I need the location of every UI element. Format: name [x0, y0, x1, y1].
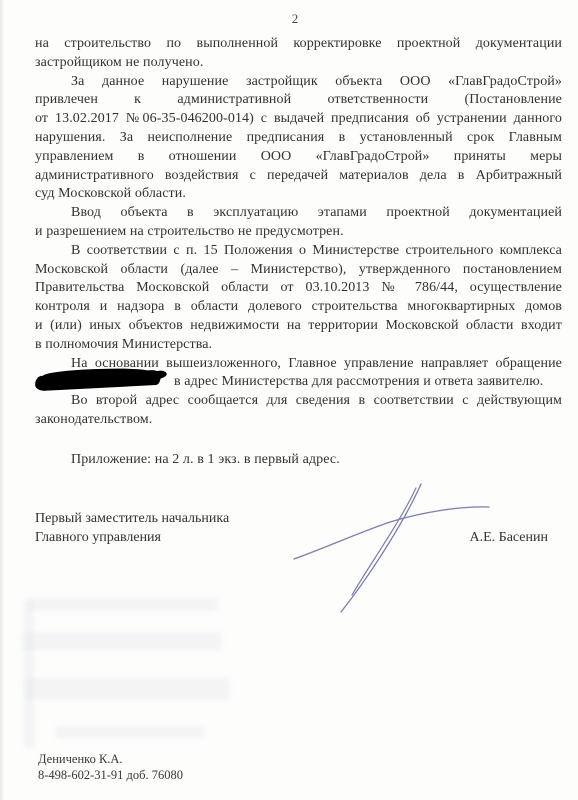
scanned-letter-page: 2 на строительство по выполненной коррек… — [0, 0, 578, 800]
text-line: и разрешением на строительство не предус… — [35, 223, 562, 242]
letter-body: на строительство по выполненной корректи… — [35, 35, 562, 470]
text-line: нарушения. За неисполнение предписания в… — [35, 129, 562, 148]
text-line: законодательством. — [35, 411, 562, 430]
text-line: Правительства Московской области от 03.1… — [35, 279, 562, 298]
text-line: Во второй адрес сообщается для сведения … — [35, 392, 562, 411]
executor-footer: Дениченко К.А. 8-498-602-31-91 доб. 7608… — [38, 751, 183, 783]
text-line: суд Московской области. — [35, 185, 562, 204]
text-line: на строительство по выполненной корректи… — [35, 35, 562, 54]
signature-block: Первый заместитель начальника Главного у… — [35, 509, 562, 547]
text-line: В соответствии с п. 15 Положения о Минис… — [35, 242, 562, 261]
paragraph: На основании вышеизложенного, Главное уп… — [35, 355, 562, 393]
text-line: от 13.02.2017 №06-35-046200-014) с выдач… — [35, 110, 562, 129]
page-number: 2 — [0, 11, 578, 27]
text-line: Приложение: на 2 л. в 1 экз. в первый ад… — [35, 451, 562, 470]
text-line: Московской области (далее – Министерство… — [35, 261, 562, 280]
paragraph: Приложение: на 2 л. в 1 экз. в первый ад… — [35, 451, 562, 470]
signatory-title-line-2: Главного управления — [35, 528, 229, 547]
signatory-title: Первый заместитель начальника Главного у… — [35, 509, 229, 547]
signature-stroke-vertical-1 — [341, 484, 421, 612]
text-line: управлением в отношении ООО «ГлавГрадоСт… — [35, 148, 562, 167]
page-bleedthrough-artifact — [55, 726, 205, 738]
scan-edge-shadow — [0, 0, 4, 800]
page-bleedthrough-artifact — [25, 678, 230, 700]
page-bleedthrough-artifact — [22, 632, 222, 650]
executor-name: Дениченко К.А. — [38, 751, 183, 767]
text-line: За данное нарушение застройщик объекта О… — [35, 73, 562, 92]
text-line: контроля и надзора в области долевого ст… — [35, 298, 562, 317]
text-line: в полномочия Министерства. — [35, 336, 562, 355]
text-line: привлечен к административной ответственн… — [35, 91, 562, 110]
paragraph: За данное нарушение застройщик объекта О… — [35, 73, 562, 205]
page-bleedthrough-artifact — [24, 600, 34, 748]
paragraph: В соответствии с п. 15 Положения о Минис… — [35, 242, 562, 355]
signatory-name: А.Е. Басенин — [470, 528, 549, 547]
text-line: застройщиком не получено. — [35, 54, 562, 73]
text-line: Ввод объекта в эксплуатацию этапами прое… — [35, 204, 562, 223]
text-line: административного воздействия с передаче… — [35, 167, 562, 186]
text-line: и (или) иных объектов недвижимости на те… — [35, 317, 562, 336]
paragraph: Во второй адрес сообщается для сведения … — [35, 392, 562, 430]
signatory-title-line-1: Первый заместитель начальника — [35, 509, 229, 528]
paragraph: Ввод объекта в эксплуатацию этапами прое… — [35, 204, 562, 242]
text-line: в адрес Министерства для рассмотрения и … — [35, 373, 562, 392]
paragraph: на строительство по выполненной корректи… — [35, 35, 562, 73]
executor-phone: 8-498-602-31-91 доб. 76080 — [38, 767, 183, 783]
redaction-marker — [35, 370, 162, 392]
page-bleedthrough-artifact — [28, 598, 218, 611]
